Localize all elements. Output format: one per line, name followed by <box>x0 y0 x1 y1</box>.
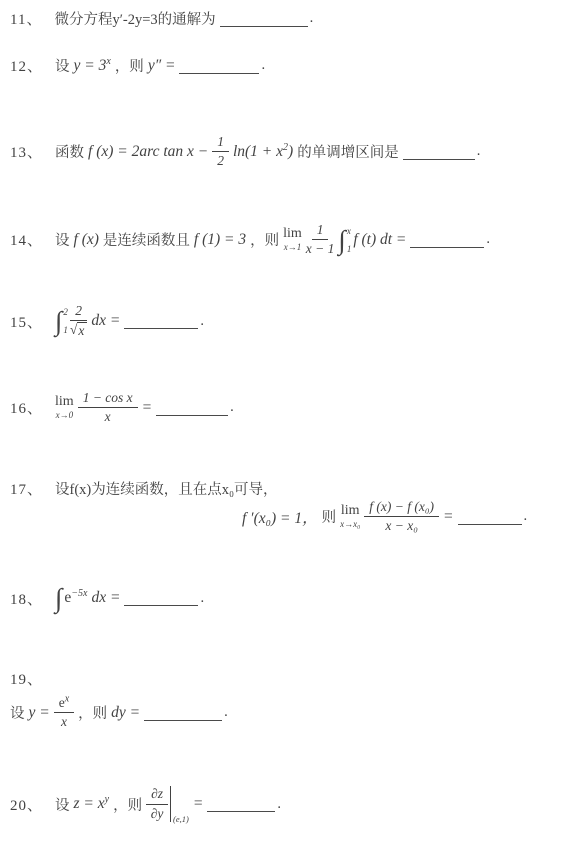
integral: ∫ x 1 <box>338 226 351 254</box>
differential: dx = <box>91 312 120 330</box>
fraction: 1 2 <box>212 134 229 169</box>
exponent: x <box>65 694 69 705</box>
integral-limits: x 1 <box>347 226 352 254</box>
integral: ∫ 2 1 <box>55 307 68 335</box>
integrand: f (t) dt = <box>353 231 406 249</box>
question-text: 设f(x)为连续函数，且在点x₀可导， <box>55 478 278 499</box>
question-number: 19、 <box>10 668 43 689</box>
equals-sign: = <box>443 508 453 526</box>
equals-sign: = <box>142 399 152 417</box>
question-number: 15、 <box>10 311 43 332</box>
period: . <box>310 10 314 27</box>
period: . <box>200 313 204 330</box>
question-text: ，则 <box>250 229 279 250</box>
fraction-numerator: 2 <box>70 303 87 321</box>
sqrt-argument: x <box>77 322 87 339</box>
question-19-formula-line: 设 y = ex x ，则 dy = . <box>10 695 232 730</box>
fraction-denominator: x − x₀ <box>385 517 418 534</box>
limit-operator: lim <box>341 504 360 518</box>
integral-lower-limit: 1 <box>63 325 68 335</box>
limit-subscript: x→1 <box>284 243 302 252</box>
question-text: 设 <box>55 55 70 76</box>
fraction-numerator: 1 − cos x <box>78 390 138 408</box>
fraction: 1 x − 1 <box>306 222 335 257</box>
question-17-line-2: f ′(x₀) = 1， 则 lim x→x₀ f (x) − f (x₀) x… <box>242 499 531 534</box>
evaluation-point: (e,1) <box>173 814 189 824</box>
answer-blank <box>144 705 222 721</box>
integral-sign: ∫ <box>55 586 62 610</box>
log-close: ) <box>288 143 293 160</box>
power-expression: y = 3x <box>74 57 111 75</box>
integral-upper-limit: x <box>347 226 352 236</box>
fraction-denominator: x − 1 <box>306 240 335 257</box>
fraction-numerator: 1 <box>212 134 229 152</box>
limit-subscript: x→0 <box>56 411 74 420</box>
integral-sign: ∫ <box>55 309 62 333</box>
power-expression: z = xy <box>74 795 110 813</box>
differential: dx = <box>92 589 121 607</box>
equals-sign: = <box>193 795 203 813</box>
math-expression: y″ = <box>148 57 176 75</box>
exponent: −5x <box>71 588 87 599</box>
limit-operator: lim <box>283 227 302 241</box>
period: . <box>477 143 481 160</box>
question-number: 18、 <box>10 588 43 609</box>
answer-blank <box>156 400 228 416</box>
integral: ∫ <box>55 586 62 610</box>
question-text: ，则 <box>113 794 142 815</box>
evaluation-bar: (e,1) <box>170 786 189 822</box>
question-14: 14、 设 f (x) 是连续函数且 f (1) = 3 ，则 lim x→1 … <box>10 222 494 257</box>
question-number: 17、 <box>10 478 43 499</box>
question-number: 12、 <box>10 55 43 76</box>
answer-blank <box>207 796 275 812</box>
period: . <box>230 399 234 416</box>
math-expression: f (1) = 3 <box>194 231 246 249</box>
question-text: ，则 <box>78 702 107 723</box>
fraction: f (x) − f (x₀) x − x₀ <box>364 499 439 534</box>
period: . <box>224 704 228 721</box>
fraction-denominator: x <box>61 713 67 730</box>
limit: lim x→x₀ <box>340 504 360 529</box>
fraction-denominator: x <box>105 408 111 425</box>
question-number: 13、 <box>10 141 43 162</box>
period: . <box>486 231 490 248</box>
question-12: 12、 设 y = 3x ，则 y″ = . <box>10 55 269 76</box>
period: . <box>524 508 528 525</box>
limit: lim x→1 <box>283 227 302 252</box>
integral-limits: 2 1 <box>63 307 68 335</box>
question-11: 11、 微分方程y′-2y=3的通解为 . <box>10 8 317 29</box>
question-text: 微分方程y′-2y=3的通解为 <box>54 8 215 29</box>
answer-blank <box>124 590 198 606</box>
log-expression: ln(1 + x2) <box>233 143 293 161</box>
fraction: 1 − cos x x <box>78 390 138 425</box>
base-expression: y = 3 <box>74 57 107 74</box>
question-number: 11、 <box>10 8 42 29</box>
question-19-number-line: 19、 <box>10 668 232 689</box>
math-expression: dy = <box>111 704 140 722</box>
math-expression: f (x) = 2arc tan x − <box>88 143 208 161</box>
question-16: 16、 lim x→0 1 − cos x x = . <box>10 390 238 425</box>
fraction-numerator: f (x) − f (x₀) <box>364 499 439 517</box>
period: . <box>277 796 281 813</box>
fraction: 2 √x <box>70 303 87 339</box>
math-expression: f ′(x₀) = 1， <box>242 506 318 528</box>
fraction-numerator: 1 <box>312 222 329 240</box>
exponent: x <box>106 55 110 66</box>
question-17-line-1: 17、 设f(x)为连续函数，且在点x₀可导， <box>10 478 531 499</box>
question-text: 则 <box>322 506 337 527</box>
question-18: 18、 ∫ e−5x dx = . <box>10 586 208 610</box>
integral-upper-limit: 2 <box>63 307 68 317</box>
sqrt-icon: √ <box>70 322 77 338</box>
question-text: 设 <box>10 702 25 723</box>
question-text: 是连续函数且 <box>103 229 190 250</box>
math-expression: f (x) <box>74 231 99 249</box>
fraction: ex x <box>54 695 74 730</box>
question-text: 的单调增区间是 <box>297 141 399 162</box>
limit: lim x→0 <box>55 395 74 420</box>
integrand: e−5x <box>64 589 87 607</box>
integral-lower-limit: 1 <box>347 244 352 254</box>
question-19: 19、 设 y = ex x ，则 dy = . <box>10 668 236 730</box>
integral-sign: ∫ <box>338 228 345 252</box>
fraction-denominator: ∂y <box>151 805 164 822</box>
answer-blank <box>179 58 259 74</box>
answer-blank <box>410 232 484 248</box>
question-text: 设 <box>55 229 70 250</box>
question-text: 设 <box>55 794 70 815</box>
fraction-denominator: √x <box>70 321 87 339</box>
question-13: 13、 函数 f (x) = 2arc tan x − 1 2 ln(1 + x… <box>10 134 484 169</box>
answer-blank <box>220 11 308 27</box>
answer-blank <box>124 313 198 329</box>
fraction-numerator: ∂z <box>146 786 168 804</box>
question-20: 20、 设 z = xy ，则 ∂z ∂y (e,1) = . <box>10 786 285 822</box>
answer-blank <box>403 144 475 160</box>
limit-operator: lim <box>55 395 74 409</box>
fraction-denominator: 2 <box>217 152 224 169</box>
period: . <box>261 57 265 74</box>
math-expression: y = <box>29 704 50 722</box>
answer-blank <box>458 509 522 525</box>
question-number: 16、 <box>10 397 43 418</box>
question-text: ，则 <box>115 55 144 76</box>
question-number: 14、 <box>10 229 43 250</box>
exponent: y <box>105 794 109 805</box>
base-expression: z = x <box>74 795 105 812</box>
scanned-exam-page: 11、 微分方程y′-2y=3的通解为 . 12、 设 y = 3x ，则 y″… <box>0 0 572 842</box>
partial-derivative-fraction: ∂z ∂y <box>146 786 168 821</box>
question-number: 20、 <box>10 794 43 815</box>
question-17: 17、 设f(x)为连续函数，且在点x₀可导， f ′(x₀) = 1， 则 l… <box>10 478 535 534</box>
question-15: 15、 ∫ 2 1 2 √x dx = . <box>10 303 208 339</box>
fraction-numerator: ex <box>54 695 74 713</box>
period: . <box>200 590 204 607</box>
limit-subscript: x→x₀ <box>340 520 360 529</box>
log-open: ln(1 + x <box>233 143 283 160</box>
question-text: 函数 <box>55 141 84 162</box>
